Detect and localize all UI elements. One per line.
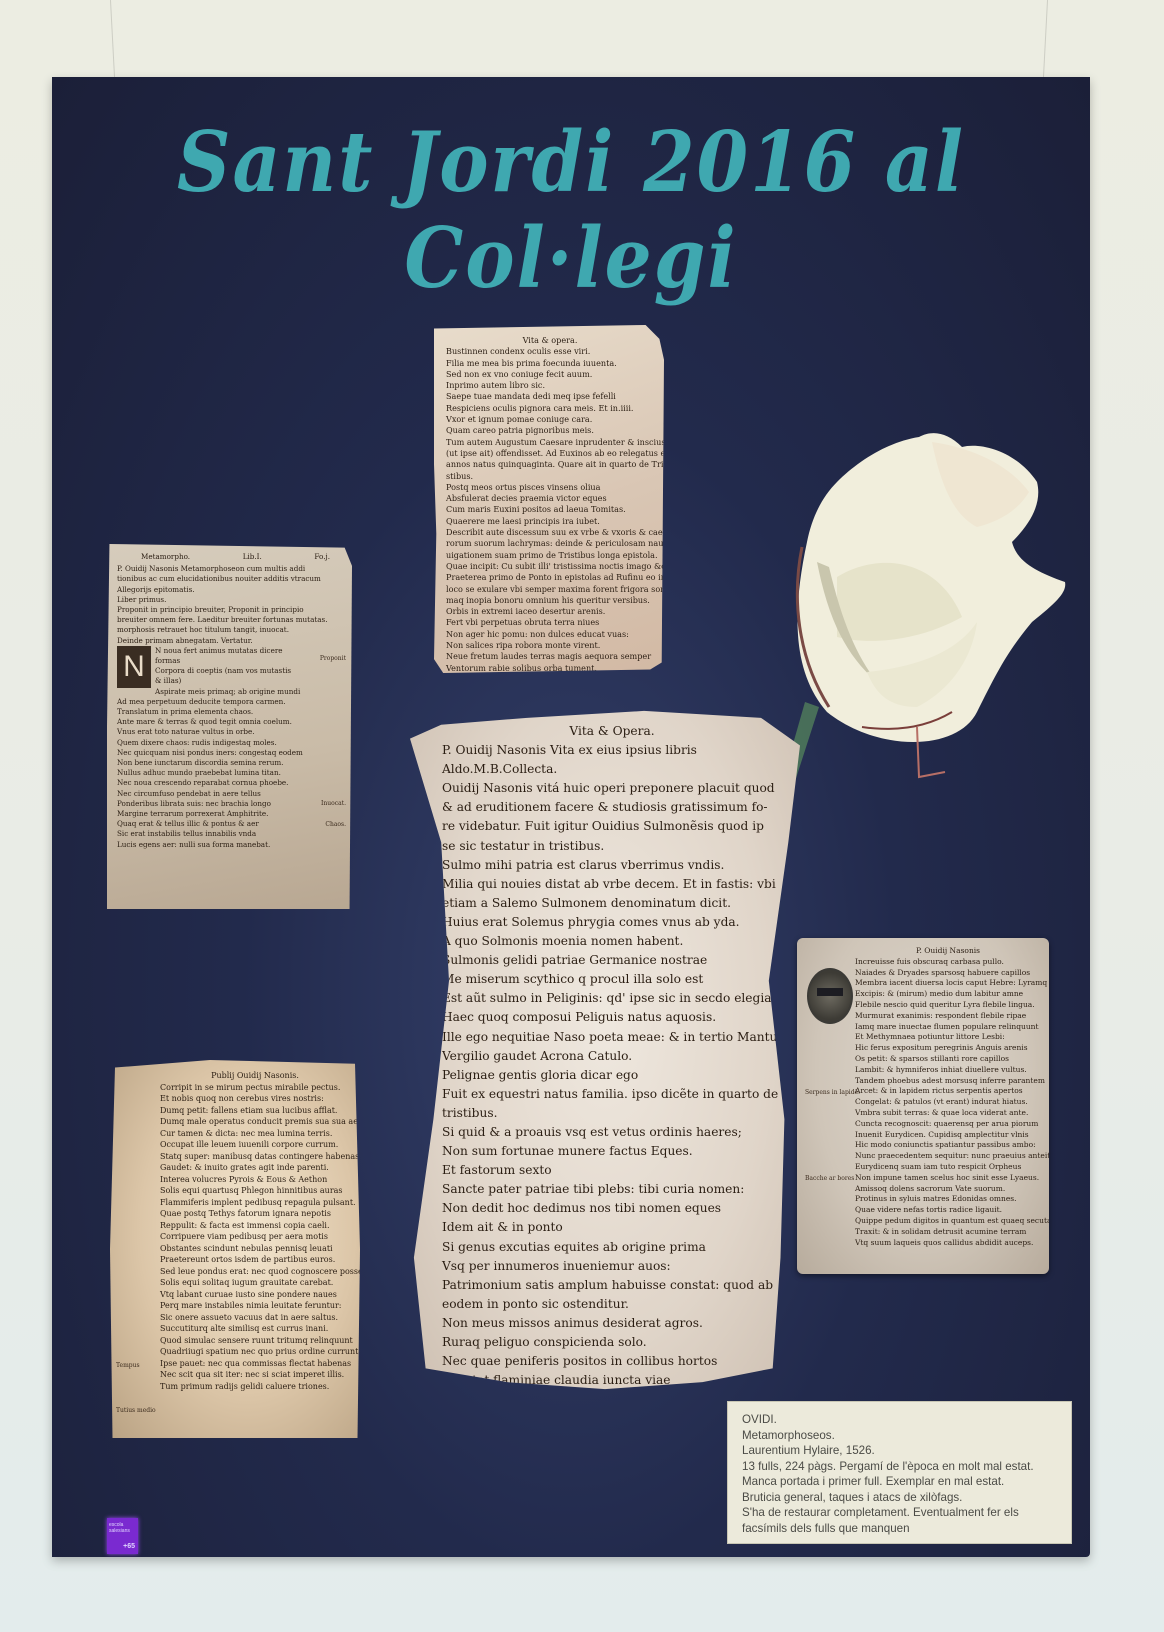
margin-note: Serpens in lapidē. [805, 1088, 860, 1099]
caption-action-cont: facsímils dels fulls que manquen [742, 1521, 1071, 1537]
text-line: Et Methymnaea potiuntur littore Lesbi: [855, 1032, 1041, 1043]
margin-note: Tempus [116, 1360, 140, 1372]
text-line: Spectat flaminiae claudia iuncta viae [442, 1371, 782, 1390]
text-line: Non dedit hoc dedimus nos tibi nomen equ… [442, 1199, 782, 1218]
text-line: Ponderibus librata suis: nec brachia lon… [117, 799, 344, 809]
text-line: Ouidij Nasonis vitá huic operi preponere… [442, 779, 782, 798]
text-line: Flebile nescio quid queritur Lyra flebil… [855, 1000, 1041, 1011]
text-line: Et nobis quoq non cerebus vires nostris: [160, 1093, 350, 1105]
text-line: Non salices ripa robora monte virent. [446, 640, 654, 651]
text-line: Vxor et ignum pomae coniuge cara. [446, 414, 654, 425]
text-line: Hic ferus expositum peregrinis Anguis ar… [855, 1043, 1041, 1054]
manuscript-page-left: Metamorpho. Lib.I. Fo.j. P. Ouidij Nason… [107, 544, 352, 909]
text-line: formas [117, 656, 344, 666]
text-line: Inprimo autem libro sic. [446, 380, 654, 391]
caption-label: OVIDI. Metamorphoseos. Laurentium Hylair… [727, 1401, 1072, 1544]
text-line: Quem dixere chaos: rudis indigestaq mole… [117, 738, 344, 748]
text-line: Non ager hic pomu: non dulces educat vua… [446, 629, 654, 640]
text-line: morphosis retrauet hoc titulum tangit, i… [117, 625, 344, 635]
text-line: Nullus adhuc mundo praebebat lumina tita… [117, 768, 344, 778]
text-line: Haec quoq composui Peliguis natus aquosi… [442, 1008, 782, 1027]
text-line: Nec noua crescendo reparabat cornua phoe… [117, 778, 344, 788]
text-line: Eurydicenq suam iam tuto respicit Orpheu… [855, 1162, 1041, 1173]
text-line: Pelignae gentis gloria dicar ego [442, 1066, 782, 1085]
text-line: Deinde primam abnegatam. Vertatur. [117, 636, 344, 646]
text-line: Corpora di coeptis (nam vos mutastis [117, 666, 344, 676]
white-rose-image [767, 422, 1087, 802]
caption-title: Metamorphoseos. [742, 1428, 1071, 1444]
text-line: rorum suorum lachrymas: deinde & pericul… [446, 538, 654, 549]
text-line: Naiades & Dryades sparsosq habuere capil… [855, 968, 1041, 979]
manuscript-page-bottom-left: Publij Ouidij Nasonis. Corripit in se mi… [110, 1060, 360, 1438]
text-line: Aspirate meis primaq; ab origine mundi [117, 687, 344, 697]
text-line: Amissoq dolens sacrorum Vate suorum. [855, 1184, 1041, 1195]
text-line: Milia qui nouies distat ab vrbe decem. E… [442, 875, 782, 894]
text-line: Nunc praecedentem sequitur: nunc praeuiu… [855, 1151, 1041, 1162]
text-line: Vergilio gaudet Acrona Catulo. [442, 1047, 782, 1066]
text-line: Obstantes scindunt nebulas pennisq leuat… [160, 1243, 350, 1255]
caption-printer: Laurentium Hylaire, 1526. [742, 1443, 1071, 1459]
text-line: Absfulerat decies praemia victor eques [446, 493, 654, 504]
text-line: Si genus excutias equites ab origine pri… [442, 1238, 782, 1257]
manuscript-page-center-scroll: Vita & Opera. P. Ouidij Nasonis Vita ex … [410, 704, 800, 1396]
wall-string-right [1043, 0, 1048, 77]
text-line: Tandem phoebus adest morsusq inferre par… [855, 1076, 1041, 1087]
text-line: Ad mea perpetuum deducite tempora carmen… [117, 697, 344, 707]
poster-title: Sant Jordi 2016 al Col·legi [52, 115, 1090, 308]
text-line: Non bene iunctarum discordia semina reru… [117, 758, 344, 768]
text-line: Arcet: & in lapidem rictus serpentis ape… [855, 1086, 1041, 1097]
text-line: se sic testatur in tristibus. [442, 837, 782, 856]
page-header: Publij Ouidij Nasonis. [160, 1070, 350, 1082]
text-line: tristibus. [442, 1104, 782, 1123]
text-line: Patrimonium satis amplum habuisse consta… [442, 1276, 782, 1295]
text-line: Statq super: manibusq datas contingere h… [160, 1151, 350, 1163]
text-line: uigationem suam primo de Tristibus longa… [446, 550, 654, 561]
text-line: Allegorijs epitomatis. [117, 585, 344, 595]
text-line: Et fastorum sexto [442, 1161, 782, 1180]
text-line: Idem ait & in ponto [442, 1218, 782, 1237]
margin-note: Inuocat. [321, 799, 346, 809]
page-body: Corripit in se mirum pectus mirabile pec… [160, 1082, 350, 1393]
text-line: Nec quae peniferis positos in collibus h… [442, 1352, 782, 1371]
running-head-folio: Fo.j. [314, 552, 330, 562]
text-line: Cum maris Euxini positos ad laeua Tomita… [446, 504, 654, 515]
logo-text: escola salesians [109, 1522, 138, 1534]
margin-note: Bacche ar bores [805, 1174, 854, 1185]
caption-condition: Manca portada i primer full. Exemplar en… [742, 1474, 1071, 1490]
text-line: & illas) [117, 676, 344, 686]
text-line: Fuit ex equestri natus familia. ipso dic… [442, 1085, 782, 1104]
text-line: Vnus erat toto naturae vultus in orbe. [117, 727, 344, 737]
text-line: stibus. [446, 471, 654, 482]
text-line: Gaudet: & inuito grates agit inde parent… [160, 1162, 350, 1174]
text-line: Si quid & a proauis vsq est vetus ordini… [442, 1123, 782, 1142]
text-line: Occupat ille leuem iuuenili corpore curr… [160, 1139, 350, 1151]
text-line: Membra iacent diuersa locis caput Hebre:… [855, 978, 1041, 989]
text-line: Sed leue pondus erat: nec quod cognoscer… [160, 1266, 350, 1278]
text-line: Protinus in syluis matres Edonidas omnes… [855, 1194, 1041, 1205]
text-line: Me miserum scythico q procul illa solo e… [442, 970, 782, 989]
text-line: Liber primus. [117, 595, 344, 605]
text-line: Fert vbi perpetuas obruta terra niues [446, 617, 654, 628]
wall-string-left [110, 0, 115, 77]
text-line: tionibus ac cum elucidationibus nouiter … [117, 574, 344, 584]
coat-of-arms-icon [807, 968, 853, 1024]
text-line: Quae postq Tethys fatorum ignara nepotis [160, 1208, 350, 1220]
text-line: Ante mare & terras & quod tegit omnia co… [117, 717, 344, 727]
text-line: Sed non ex vno coniuge fecit auum. [446, 369, 654, 380]
text-line: Respiciens oculis pignora cara meis. Et … [446, 403, 654, 414]
text-line: Orbis in extremi iaceo desertur arenis. [446, 606, 654, 617]
page-body: P. Ouidij Nasonis Metamorphoseon cum mul… [117, 564, 344, 850]
decorated-initial-icon: N [117, 646, 151, 688]
text-line: Item domum habuit longe a capitolio: ait… [442, 1390, 782, 1396]
text-line: P. Ouidij Nasonis Metamorphoseon cum mul… [117, 564, 344, 574]
text-line: Sic onere assueto vacuus dat in aere sal… [160, 1312, 350, 1324]
running-head: Metamorpho. Lib.I. Fo.j. [117, 552, 344, 564]
text-line: Nec scit qua sit iter: nec si sciat impe… [160, 1369, 350, 1381]
text-line: Inuenit Eurydicen. Cupidisq amplectitur … [855, 1130, 1041, 1141]
text-line: Increuisse fuis obscuraq carbasa pullo. [855, 957, 1041, 968]
text-line: Quod simulac sensere ruunt tritumq relin… [160, 1335, 350, 1347]
school-logo: escola salesians +65 [107, 1518, 138, 1554]
text-line: Excipis: & (mirum) medio dum labitur amn… [855, 989, 1041, 1000]
caption-extent: 13 fulls, 224 pàgs. Pergamí de l'època e… [742, 1459, 1071, 1475]
text-line: Sancte pater patriae tibi plebs: tibi cu… [442, 1180, 782, 1199]
text-line: annos natus quinquaginta. Quare ait in q… [446, 459, 654, 470]
text-line: Ruraq peliguo conspicienda solo. [442, 1333, 782, 1352]
text-line: Corripit in se mirum pectus mirabile pec… [160, 1082, 350, 1094]
text-line: Sulmonis gelidi patriae Germanice nostra… [442, 951, 782, 970]
text-line: Nec circumfuso pendebat in aere tellus [117, 789, 344, 799]
text-line: Lambit: & hymniferos inhiat diuellere vu… [855, 1065, 1041, 1076]
text-line: loco se exulare vbi semper maxima forent… [446, 584, 654, 595]
poster-board: Sant Jordi 2016 al Col·legi Vita & opera… [52, 77, 1090, 1557]
text-line: Ille ego nequitiae Naso poeta meae: & in… [442, 1028, 782, 1047]
text-line: Neue fretum laudes terras magis aequora … [446, 651, 654, 662]
manuscript-page-right: P. Ouidij Nasonis Increuisse fuis obscur… [797, 938, 1049, 1274]
text-line: Flammiferis implent pedibusq repagula pu… [160, 1197, 350, 1209]
text-line: Quae videre nefas tortis radice ligauit. [855, 1205, 1041, 1216]
caption-action: S'ha de restaurar completament. Eventual… [742, 1505, 1071, 1521]
text-line: Margine terrarum porrexerat Amphitrite. [117, 809, 344, 819]
page-header: Vita & opera. [446, 335, 654, 346]
text-line: Traxit: & in solidam detrusit acumine te… [855, 1227, 1041, 1238]
text-line: etiam a Salemo Sulmonem denominatum dici… [442, 894, 782, 913]
running-head-title: Metamorpho. [141, 552, 190, 562]
text-line: Succutiturq alte similisq est currus ina… [160, 1323, 350, 1335]
text-line: Aldo.M.B.Collecta. [442, 760, 782, 779]
text-line: Praetereunt ortos isdem de partibus euro… [160, 1254, 350, 1266]
text-line: Iamq mare inuectae flumen populare relin… [855, 1022, 1041, 1033]
text-line: Saepe tuae mandata dedi meq ipse fefelli [446, 391, 654, 402]
text-line: Translatum in prima elementa chaos. [117, 707, 344, 717]
text-line: Quam careo patria pignoribus meis. [446, 425, 654, 436]
text-line: Ipse pauet: nec qua commissas flectat ha… [160, 1358, 350, 1370]
page-body: P. Ouidij Nasonis Vita ex eius ipsius li… [442, 741, 782, 1396]
text-line: Bustinnen condenx oculis esse viri. [446, 346, 654, 357]
margin-note: Proponit [320, 654, 346, 664]
text-line: Solis equi quartusq Phlegon hinnitibus a… [160, 1185, 350, 1197]
text-line: Filia me mea bis prima foecunda iuuenta. [446, 358, 654, 369]
text-line: Cur tamen & dicta: nec mea lumina terris… [160, 1128, 350, 1140]
text-line: Huius erat Solemus phrygia comes vnus ab… [442, 913, 782, 932]
margin-note: Tutius medio [116, 1405, 156, 1417]
text-line: Praeterea primo de Ponto in epistolas ad… [446, 572, 654, 583]
text-line: Vmbra subit terras: & quae loca viderat … [855, 1108, 1041, 1119]
text-line: Tum autem Augustum Caesare inprudenter &… [446, 437, 654, 448]
text-line: Quadriiugi spatium nec quo prius ordine … [160, 1346, 350, 1358]
page-header: P. Ouidij Nasonis [855, 946, 1041, 957]
text-line: breuiter omnem fere. Laeditur breuiter f… [117, 615, 344, 625]
text-line: & ad eruditionem facere & studiosis grat… [442, 798, 782, 817]
text-line: Dumq male operatus conducit premis sua s… [160, 1116, 350, 1128]
text-line: Solis equi solitaq iugum grauitate careb… [160, 1277, 350, 1289]
text-line: Tum primum radijs gelidi caluere triones… [160, 1381, 350, 1393]
running-head-book: Lib.I. [243, 552, 262, 562]
text-line: Postq meos ortus pisces vinsens oliua [446, 482, 654, 493]
text-line: Quaq erat & tellus illic & pontus & aer [117, 819, 344, 829]
text-line: Interea volucres Pyrois & Eous & Aethon [160, 1174, 350, 1186]
text-line: eodem in ponto sic ostenditur. [442, 1295, 782, 1314]
text-line: Non meus missos animus desiderat agros. [442, 1314, 782, 1333]
text-line: Dumq petit: fallens etiam sua lucibus af… [160, 1105, 350, 1117]
text-line: A quo Solmonis moenia nomen habent. [442, 932, 782, 951]
text-line: Proponit in principio breuiter, Proponit… [117, 605, 344, 615]
text-line: Nec quicquam nisi pondus iners: congesta… [117, 748, 344, 758]
caption-damage: Bruticia general, taques i atacs de xilò… [742, 1490, 1071, 1506]
text-line: P. Ouidij Nasonis Vita ex eius ipsius li… [442, 741, 782, 760]
logo-number: +65 [123, 1543, 135, 1550]
text-line: Non impune tamen scelus hoc sinit esse L… [855, 1173, 1041, 1184]
text-line: Congelat: & patulos (vt erant) indurat h… [855, 1097, 1041, 1108]
page-body: Bustinnen condenx oculis esse viri.Filia… [446, 346, 654, 673]
page-body: Increuisse fuis obscuraq carbasa pullo.N… [855, 957, 1041, 1249]
manuscript-page-top-center: Vita & opera. Bustinnen condenx oculis e… [434, 325, 664, 673]
text-line: Murmurat exanimis: respondent flebile ri… [855, 1011, 1041, 1022]
text-line: Cuncta recognoscit: quaerensq per arua p… [855, 1119, 1041, 1130]
text-line: N noua fert animus mutatas dicere [117, 646, 344, 656]
text-line: Describit aute discessum suu ex vrbe & v… [446, 527, 654, 538]
text-line: Vtq suum laqueis quos callidus abdidit a… [855, 1238, 1041, 1249]
text-line: Hic modo coniunctis spatiantur passibus … [855, 1140, 1041, 1151]
text-line: Sulmo mihi patria est clarus vberrimus v… [442, 856, 782, 875]
text-line: Os petit: & sparsos stillanti rore capil… [855, 1054, 1041, 1065]
caption-author: OVIDI. [742, 1412, 1071, 1428]
text-line: Perq mare instabiles nimia leuitate feru… [160, 1300, 350, 1312]
text-line: Vtq labant curuae iusto sine pondere nau… [160, 1289, 350, 1301]
text-line: Quae incipit: Cu subit illi' tristissima… [446, 561, 654, 572]
text-line: Sic erat instabilis tellus innabilis vnd… [117, 829, 344, 839]
text-line: Est aũt sulmo in Peliginis: qd' ipse sic… [442, 989, 782, 1008]
text-line: Quaerere me laesi principis ira iubet. [446, 516, 654, 527]
page-header: Vita & Opera. [442, 722, 782, 741]
text-line: (ut ipse ait) offendisset. Ad Euxinos ab… [446, 448, 654, 459]
text-line: re videbatur. Fuit igitur Ouidius Sulmon… [442, 817, 782, 836]
text-line: Reppulit: & facta est immensi copia cael… [160, 1220, 350, 1232]
text-line: Ventorum rabie solibus orba tument. [446, 663, 654, 673]
text-line: maq inopia bonoru omnium his queritur ve… [446, 595, 654, 606]
text-line: Non sum fortunae munere factus Eques. [442, 1142, 782, 1161]
text-line: Corripuere viam pedibusq per aera motis [160, 1231, 350, 1243]
margin-note: Chaos. [325, 820, 346, 830]
text-line: Quippe pedum digitos in quantum est quae… [855, 1216, 1041, 1227]
text-line: Lucis egens aer: nulli sua forma manebat… [117, 840, 344, 850]
text-line: Vsq per innumeros inueniemur auos: [442, 1257, 782, 1276]
